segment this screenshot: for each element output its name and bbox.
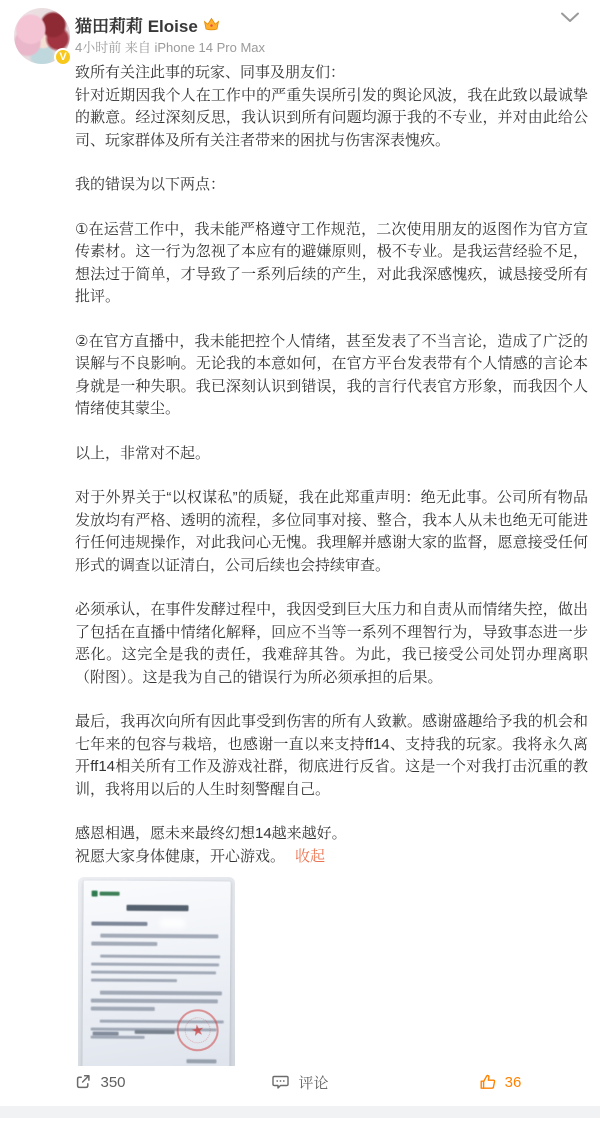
post-paragraph: 最后，我再次向所有因此事受到伤害的所有人致歉。感谢盛趣给予我的机会和七年来的包容… [75,711,588,801]
post-paragraph: ①在运营工作中，我未能严格遵守工作规范，二次使用朋友的返图作为官方宣传素材。这一… [75,219,588,309]
more-button[interactable] [560,10,580,28]
letter-title-blurred [126,905,188,911]
post-paragraph: ②在官方直播中，我未能把控个人情绪，甚至发表了不当言论，造成了广泛的误解与不良影… [75,331,588,421]
post-paragraph: 针对近期因我个人在工作中的严重失误所引发的舆论风波，我在此致以最诚挚的歉意。经过… [75,85,588,153]
letter-date-blurred [186,1059,216,1063]
thumbs-up-icon [479,1073,497,1091]
post-text: 致所有关注此事的玩家、同事及朋友们： 针对近期因我个人在工作中的严重失误所引发的… [0,54,600,1089]
avatar[interactable]: V [14,8,70,64]
stamp-star: ★ [190,1022,206,1039]
like-count: 36 [505,1074,522,1091]
letter-recipient-blurred [91,922,147,926]
repost-count: 350 [100,1074,125,1091]
post-source[interactable]: 来自 iPhone 14 Pro Max [125,40,265,55]
chevron-down-icon [560,12,580,23]
weibo-page: V 猫田莉莉 Eloise 4小时前 来自 iPhone 14 Pro Max … [0,0,600,1123]
action-bar: 350 评论 36 [0,1066,600,1098]
letter-paper: ★ [82,880,230,1083]
repost-button[interactable]: 350 [0,1073,200,1091]
post-card: V 猫田莉莉 Eloise 4小时前 来自 iPhone 14 Pro Max … [0,0,600,1106]
post-paragraph-text: 祝愿大家身体健康，开心游戏。 [75,848,285,865]
post-meta: 4小时前 来自 iPhone 14 Pro Max [75,37,265,56]
post-paragraph: 祝愿大家身体健康，开心游戏。收起 [75,846,588,869]
company-logo-icon [92,891,98,897]
termination-letter-photo[interactable]: ★ [78,877,235,1089]
post-paragraph: 致所有关注此事的玩家、同事及朋友们： [75,62,588,85]
like-button[interactable]: 36 [400,1073,600,1091]
post-header: V 猫田莉莉 Eloise 4小时前 来自 iPhone 14 Pro Max [0,0,600,54]
username[interactable]: 猫田莉莉 Eloise [75,12,198,37]
post-paragraph: 必须承认，在事件发酵过程中，我因受到巨大压力和自责从而情绪失控，做出了包括在直播… [75,599,588,689]
collapse-link[interactable]: 收起 [295,848,325,865]
username-row: 猫田莉莉 Eloise [75,12,220,37]
company-logo-text [100,892,120,896]
post-time: 4小时前 [75,40,121,55]
crown-icon [203,17,220,32]
letter-signature-blurred [135,1030,175,1034]
arrow-out-square-icon [74,1073,92,1091]
post-paragraph: 对于外界关于“以权谋私”的质疑，我在此郑重声明：绝无此事。公司所有物品发放均有严… [75,487,588,577]
redaction-blur [159,918,185,928]
speech-bubble-dots-icon [271,1073,290,1091]
comment-button[interactable]: 评论 [200,1072,400,1093]
post-paragraph: 感恩相遇，愿未来最终幻想14越来越好。 [75,823,588,846]
post-paragraph: 以上，非常对不起。 [75,443,588,466]
letter-closing-blurred [93,1032,119,1036]
page-background-gap [0,1106,600,1118]
post-paragraph: 我的错误为以下两点： [75,174,588,197]
comment-label: 评论 [298,1072,328,1093]
verified-v-badge-icon: V [54,48,72,66]
next-card-edge [0,1118,600,1123]
